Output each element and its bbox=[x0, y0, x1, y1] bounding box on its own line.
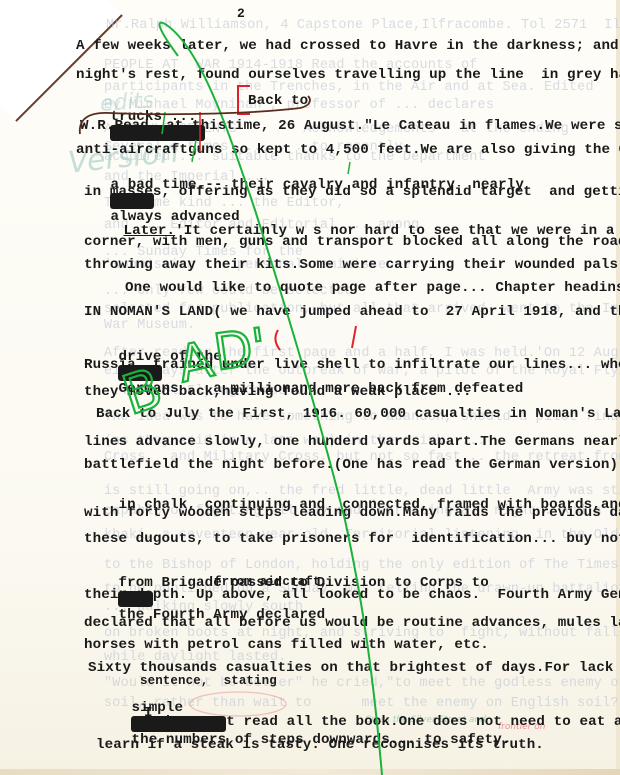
svg-text:A: A bbox=[173, 330, 219, 394]
brown-underline bbox=[80, 96, 310, 134]
green-strike-line bbox=[160, 23, 383, 775]
svg-text:D': D' bbox=[210, 317, 270, 382]
red-bracket bbox=[238, 86, 250, 114]
bad-annotation: B bbox=[115, 356, 170, 427]
scanned-page: Mr.Ralph Williamson, 4 Capstone Place,Il… bbox=[0, 0, 620, 775]
handwritten-marks: B A D' bbox=[0, 0, 620, 775]
